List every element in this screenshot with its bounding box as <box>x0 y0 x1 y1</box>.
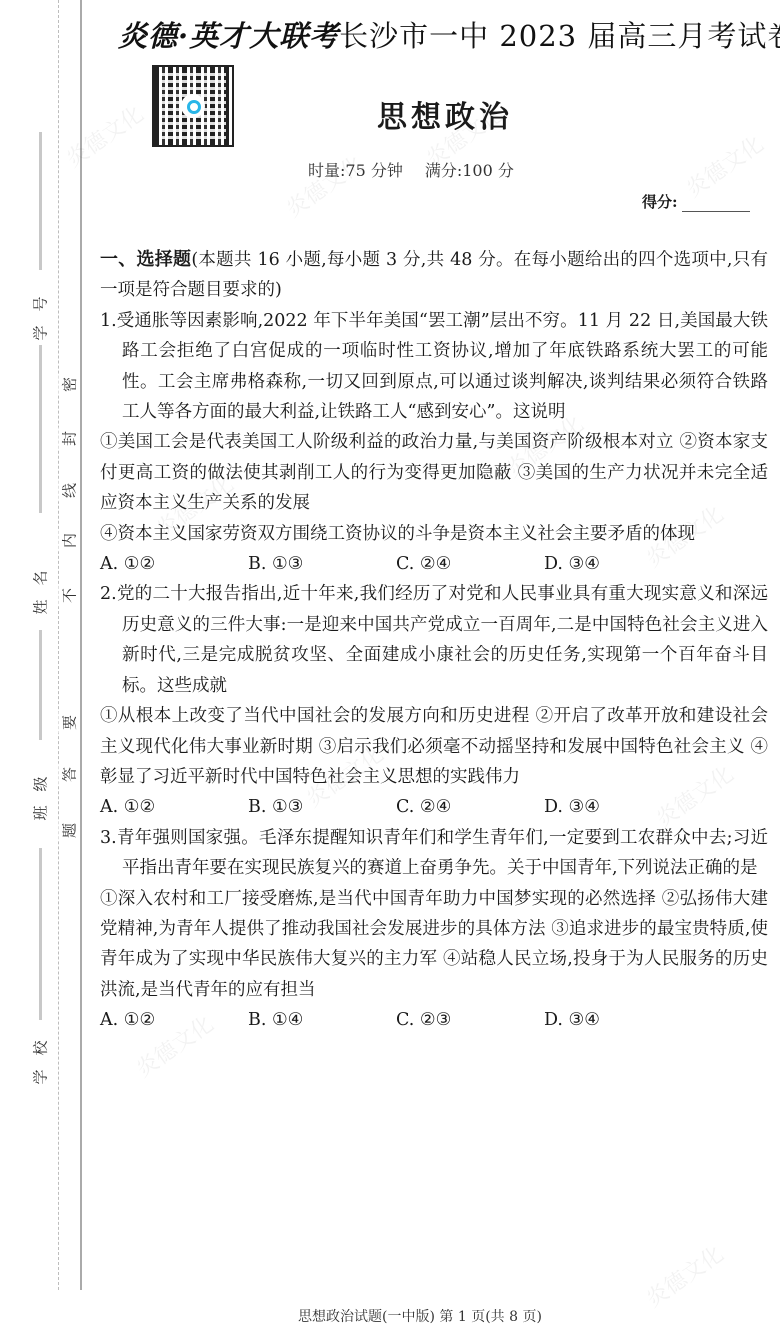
option-b[interactable]: B. ①③ <box>248 549 396 579</box>
option-a[interactable]: A. ①② <box>100 549 248 579</box>
exam-title: 炎德·英才大联考长沙市一中 2023 届高三月考试卷(八) <box>118 14 780 55</box>
option-c[interactable]: C. ②④ <box>396 549 544 579</box>
student-id-label: 学号 <box>30 297 51 341</box>
dashed-cut-line <box>58 0 59 1290</box>
option-d[interactable]: D. ③④ <box>544 1005 692 1035</box>
option-a[interactable]: A. ①② <box>100 792 248 822</box>
question-statements: ①深入农村和工厂接受磨炼,是当代中国青年助力中国梦实现的必然选择 ②弘扬伟大建党… <box>100 884 768 1006</box>
seal-char: 要 <box>59 712 80 734</box>
answer-options: A. ①② B. ①③ C. ②④ D. ③④ <box>100 792 768 822</box>
seal-char: 线 <box>59 480 80 502</box>
exam-content: 一、选择题(本题共 16 小题,每小题 3 分,共 48 分。在每小题给出的四个… <box>100 245 768 1036</box>
question-stem: 3.青年强则国家强。毛泽东提醒知识青年们和学生青年们,一定要到工农群众中去;习近… <box>100 823 768 884</box>
question-3: 3.青年强则国家强。毛泽东提醒知识青年们和学生青年们,一定要到工农群众中去;习近… <box>100 823 768 1036</box>
answer-options: A. ①② B. ①④ C. ②③ D. ③④ <box>100 1005 768 1035</box>
seal-char: 内 <box>59 530 80 552</box>
question-statements: ①美国工会是代表美国工人阶级利益的政治力量,与美国资产阶级根本对立 ②资本家支付… <box>100 427 768 518</box>
score-blank[interactable] <box>682 211 750 212</box>
option-a[interactable]: A. ①② <box>100 1005 248 1035</box>
option-b[interactable]: B. ①④ <box>248 1005 396 1035</box>
option-c[interactable]: C. ②③ <box>396 1005 544 1035</box>
option-b[interactable]: B. ①③ <box>248 792 396 822</box>
subject-title: 思想政治 <box>0 92 780 136</box>
total-score: 满分:100 分 <box>425 161 514 180</box>
option-c[interactable]: C. ②④ <box>396 792 544 822</box>
info-line <box>39 630 42 740</box>
option-d[interactable]: D. ③④ <box>544 549 692 579</box>
seal-char: 不 <box>59 585 80 607</box>
exam-time-info: 时量:75 分钟满分:100 分 <box>308 158 514 181</box>
answer-options: A. ①② B. ①③ C. ②④ D. ③④ <box>100 549 768 579</box>
seal-char: 答 <box>59 764 80 786</box>
question-stem: 1.受通胀等因素影响,2022 年下半年美国“罢工潮”层出不穷。11 月 22 … <box>100 306 768 428</box>
section-header: 一、选择题(本题共 16 小题,每小题 3 分,共 48 分。在每小题给出的四个… <box>100 245 768 306</box>
question-1: 1.受通胀等因素影响,2022 年下半年美国“罢工潮”层出不穷。11 月 22 … <box>100 306 768 580</box>
binding-line <box>80 0 82 1290</box>
question-statements: ④资本主义国家劳资双方围绕工资协议的斗争是资本主义社会主要矛盾的体现 <box>100 519 768 549</box>
page-footer: 思想政治试题(一中版) 第 1 页(共 8 页) <box>0 1306 780 1326</box>
seal-char: 题 <box>59 820 80 842</box>
class-label: 班级 <box>30 777 51 821</box>
seal-char: 封 <box>59 428 80 450</box>
school-label: 学校 <box>30 1041 51 1085</box>
question-2: 2.党的二十大报告指出,近十年来,我们经历了对党和人民事业具有重大现实意义和深远… <box>100 579 768 822</box>
exam-brand: 炎德·英才大联考 <box>118 19 339 53</box>
question-statements: ①从根本上改变了当代中国社会的发展方向和历史进程 ②开启了改革开放和建设社会主义… <box>100 701 768 792</box>
binding-margin: 学号 姓名 班级 学校 密 封 线 内 不 要 答 题 <box>0 0 84 1344</box>
score-field: 得分: <box>642 191 750 212</box>
info-line <box>39 848 42 1020</box>
watermark: 炎德文化 <box>639 1238 729 1314</box>
section-title: 一、选择题 <box>100 249 191 270</box>
info-line <box>39 345 42 513</box>
seal-char: 密 <box>59 374 80 396</box>
score-label: 得分: <box>642 193 678 211</box>
exam-title-text: 长沙市一中 2023 届高三月考试卷(八) <box>339 19 780 53</box>
time-limit: 时量:75 分钟 <box>308 161 403 180</box>
name-label: 姓名 <box>30 571 51 615</box>
section-instructions: (本题共 16 小题,每小题 3 分,共 48 分。在每小题给出的四个选项中,只… <box>100 250 768 300</box>
option-d[interactable]: D. ③④ <box>544 792 692 822</box>
info-line <box>39 132 42 270</box>
question-stem: 2.党的二十大报告指出,近十年来,我们经历了对党和人民事业具有重大现实意义和深远… <box>100 579 768 701</box>
